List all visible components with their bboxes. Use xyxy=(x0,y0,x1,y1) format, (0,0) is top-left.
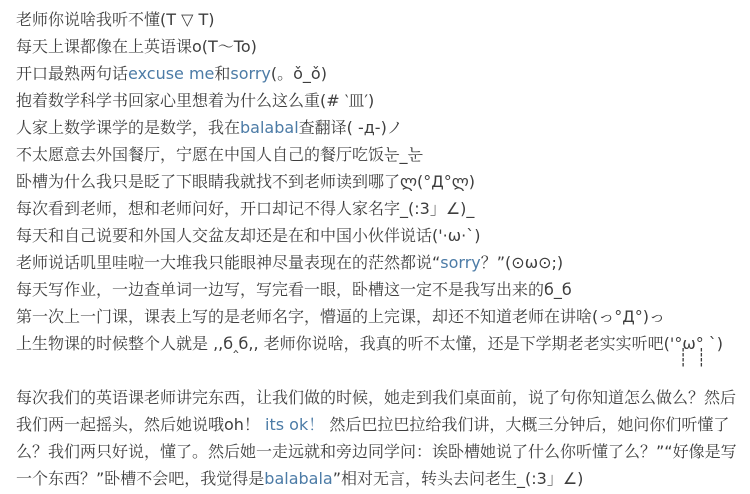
text-line: 每次看到老师，想和老师问好，开口却记不得人家名字_(:3」∠)_ xyxy=(16,195,738,222)
text-run: 老师你说啥我听不懂(T ▽ T) xyxy=(16,10,215,29)
text-run: 抱着数学科学书回家心里想着为什么这么重(# ‵皿′) xyxy=(16,91,374,110)
tear-streams-icon: ┊┊ xyxy=(678,345,714,372)
line-host: 老师你说啥我听不懂(T ▽ T)每天上课都像在上英语课o(T～To)开口最熟两句… xyxy=(16,6,738,492)
text-run: 每天上课都像在上英语课o(T～To) xyxy=(16,37,257,56)
latin-run: sorry xyxy=(440,253,480,272)
text-run: 每天和自己说要和外国人交盆友却还是在和中国小伙伴说话('·ω·`) xyxy=(16,226,480,245)
text-run: (。ǒ_ǒ) xyxy=(271,64,327,83)
text-run: 不太愿意去外国餐厅，宁愿在中国人自己的餐厅吃饭눈_눈 xyxy=(16,145,423,164)
text-line: 每天写作业，一边查单词一边写，写完看一眼，卧槽这一定不是我写出来的б_б xyxy=(16,276,738,303)
text-run: 和 xyxy=(214,64,230,83)
text-run: 卧槽为什么我只是眨了下眼睛我就找不到老师读到哪了ლ(°Д°ლ) xyxy=(16,172,475,191)
text-line: 每天上课都像在上英语课o(T～To) xyxy=(16,33,738,60)
text-line: 老师你说啥我听不懂(T ▽ T) xyxy=(16,6,738,33)
text-run: ？”(⊙ω⊙;) xyxy=(481,253,563,272)
text-line: 开口最熟两句话excuse me和sorry(。ǒ_ǒ) xyxy=(16,60,738,87)
text-run: ”相对无言，转头去问老生_(:3」∠) xyxy=(333,469,584,488)
text-line: 人家上数学课学的是数学，我在balabal查翻译( -д-)ノ xyxy=(16,114,738,141)
text-run: 人家上数学课学的是数学，我在 xyxy=(16,118,240,137)
text-line: 上生物课的时候整个人就是 ,,б‸б,, 老师你说啥，我真的听不太懂，还是下学期… xyxy=(16,330,738,357)
text-line: 老师说话叽里哇啦一大堆我只能眼神尽量表现在的茫然都说“sorry？”(⊙ω⊙;) xyxy=(16,249,738,276)
text-run: 老师说话叽里哇啦一大堆我只能眼神尽量表现在的茫然都说“ xyxy=(16,253,440,272)
text-line: 抱着数学科学书回家心里想着为什么这么重(# ‵皿′) xyxy=(16,87,738,114)
tear-streams-row: ┊┊ xyxy=(16,357,738,384)
text-run: 每天写作业，一边查单词一边写，写完看一眼，卧槽这一定不是我写出来的б_б xyxy=(16,280,572,299)
text-run: 上生物课的时候整个人就是 ,,б‸б,, 老师你说啥，我真的听不太懂，还是下学期… xyxy=(16,334,723,353)
latin-run: sorry xyxy=(230,64,270,83)
text-run: 每次看到老师，想和老师问好，开口却记不得人家名字_(:3」∠)_ xyxy=(16,199,474,218)
text-run: 第一次上一门课，课表上写的是老师名字，懵逼的上完课，却还不知道老师在讲啥(っ°Д… xyxy=(16,307,665,326)
story-paragraph: 每次我们的英语课老师讲完东西，让我们做的时候，她走到我们桌面前，说了句你知道怎么… xyxy=(16,384,738,492)
text-line: 卧槽为什么我只是眨了下眼睛我就找不到老师读到哪了ლ(°Д°ლ) xyxy=(16,168,738,195)
text-line: 第一次上一门课，课表上写的是老师名字，懵逼的上完课，却还不知道老师在讲啥(っ°Д… xyxy=(16,303,738,330)
latin-run: balabal xyxy=(240,118,299,137)
latin-run: its ok！ xyxy=(265,415,324,434)
text-run: 开口最熟两句话 xyxy=(16,64,128,83)
text-document: 老师你说啥我听不懂(T ▽ T)每天上课都像在上英语课o(T～To)开口最熟两句… xyxy=(0,0,750,492)
text-line: 不太愿意去外国餐厅，宁愿在中国人自己的餐厅吃饭눈_눈 xyxy=(16,141,738,168)
latin-run: balabala xyxy=(264,469,332,488)
latin-run: excuse me xyxy=(128,64,214,83)
text-run: 查翻译( -д-)ノ xyxy=(299,118,403,137)
text-line: 每天和自己说要和外国人交盆友却还是在和中国小伙伴说话('·ω·`) xyxy=(16,222,738,249)
